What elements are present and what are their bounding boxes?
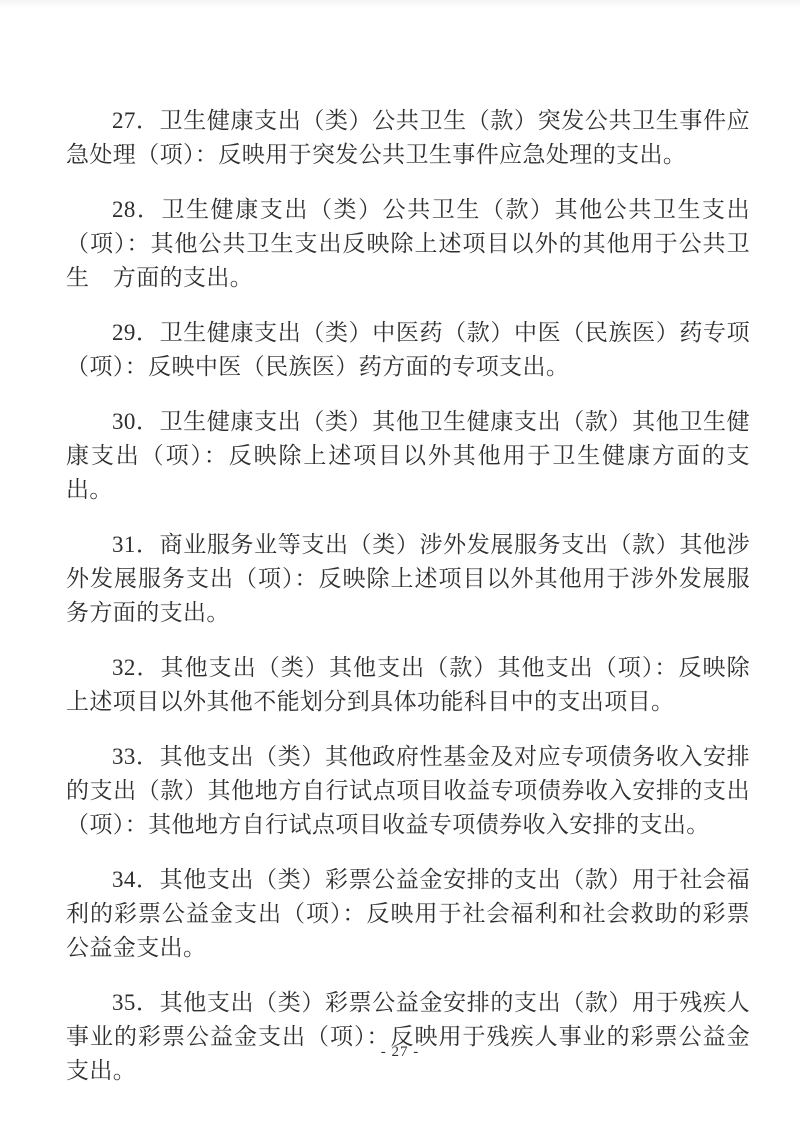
paragraph-item-27: 27．卫生健康支出（类）公共卫生（款）突发公共卫生事件应急处理（项）：反映用于突… xyxy=(66,104,750,172)
paragraph-item-35: 35．其他支出（类）彩票公益金安排的支出（款）用于残疾人事业的彩票公益金支出（项… xyxy=(66,986,750,1088)
page-footer: - 27 - xyxy=(0,1043,800,1061)
scan-top-shadow xyxy=(0,0,800,8)
page-number: - 27 - xyxy=(381,1044,420,1060)
paragraph-item-32: 32．其他支出（类）其他支出（款）其他支出（项）：反映除上述项目以外其他不能划分… xyxy=(66,651,750,719)
paragraph-item-34: 34．其他支出（类）彩票公益金安排的支出（款）用于社会福利的彩票公益金支出（项）… xyxy=(66,863,750,965)
paragraph-item-28: 28．卫生健康支出（类）公共卫生（款）其他公共卫生支出（项）：其他公共卫生支出反… xyxy=(66,193,750,295)
paragraph-item-30: 30．卫生健康支出（类）其他卫生健康支出（款）其他卫生健康支出（项）：反映除上述… xyxy=(66,405,750,507)
paragraph-item-29: 29．卫生健康支出（类）中医药（款）中医（民族医）药专项（项）：反映中医（民族医… xyxy=(66,316,750,384)
document-page: 27．卫生健康支出（类）公共卫生（款）突发公共卫生事件应急处理（项）：反映用于突… xyxy=(0,0,800,1131)
paragraph-item-31: 31．商业服务业等支出（类）涉外发展服务支出（款）其他涉外发展服务支出（项）：反… xyxy=(66,528,750,630)
paragraph-item-33: 33．其他支出（类）其他政府性基金及对应专项债务收入安排的支出（款）其他地方自行… xyxy=(66,740,750,842)
document-body: 27．卫生健康支出（类）公共卫生（款）突发公共卫生事件应急处理（项）：反映用于突… xyxy=(66,104,750,1088)
